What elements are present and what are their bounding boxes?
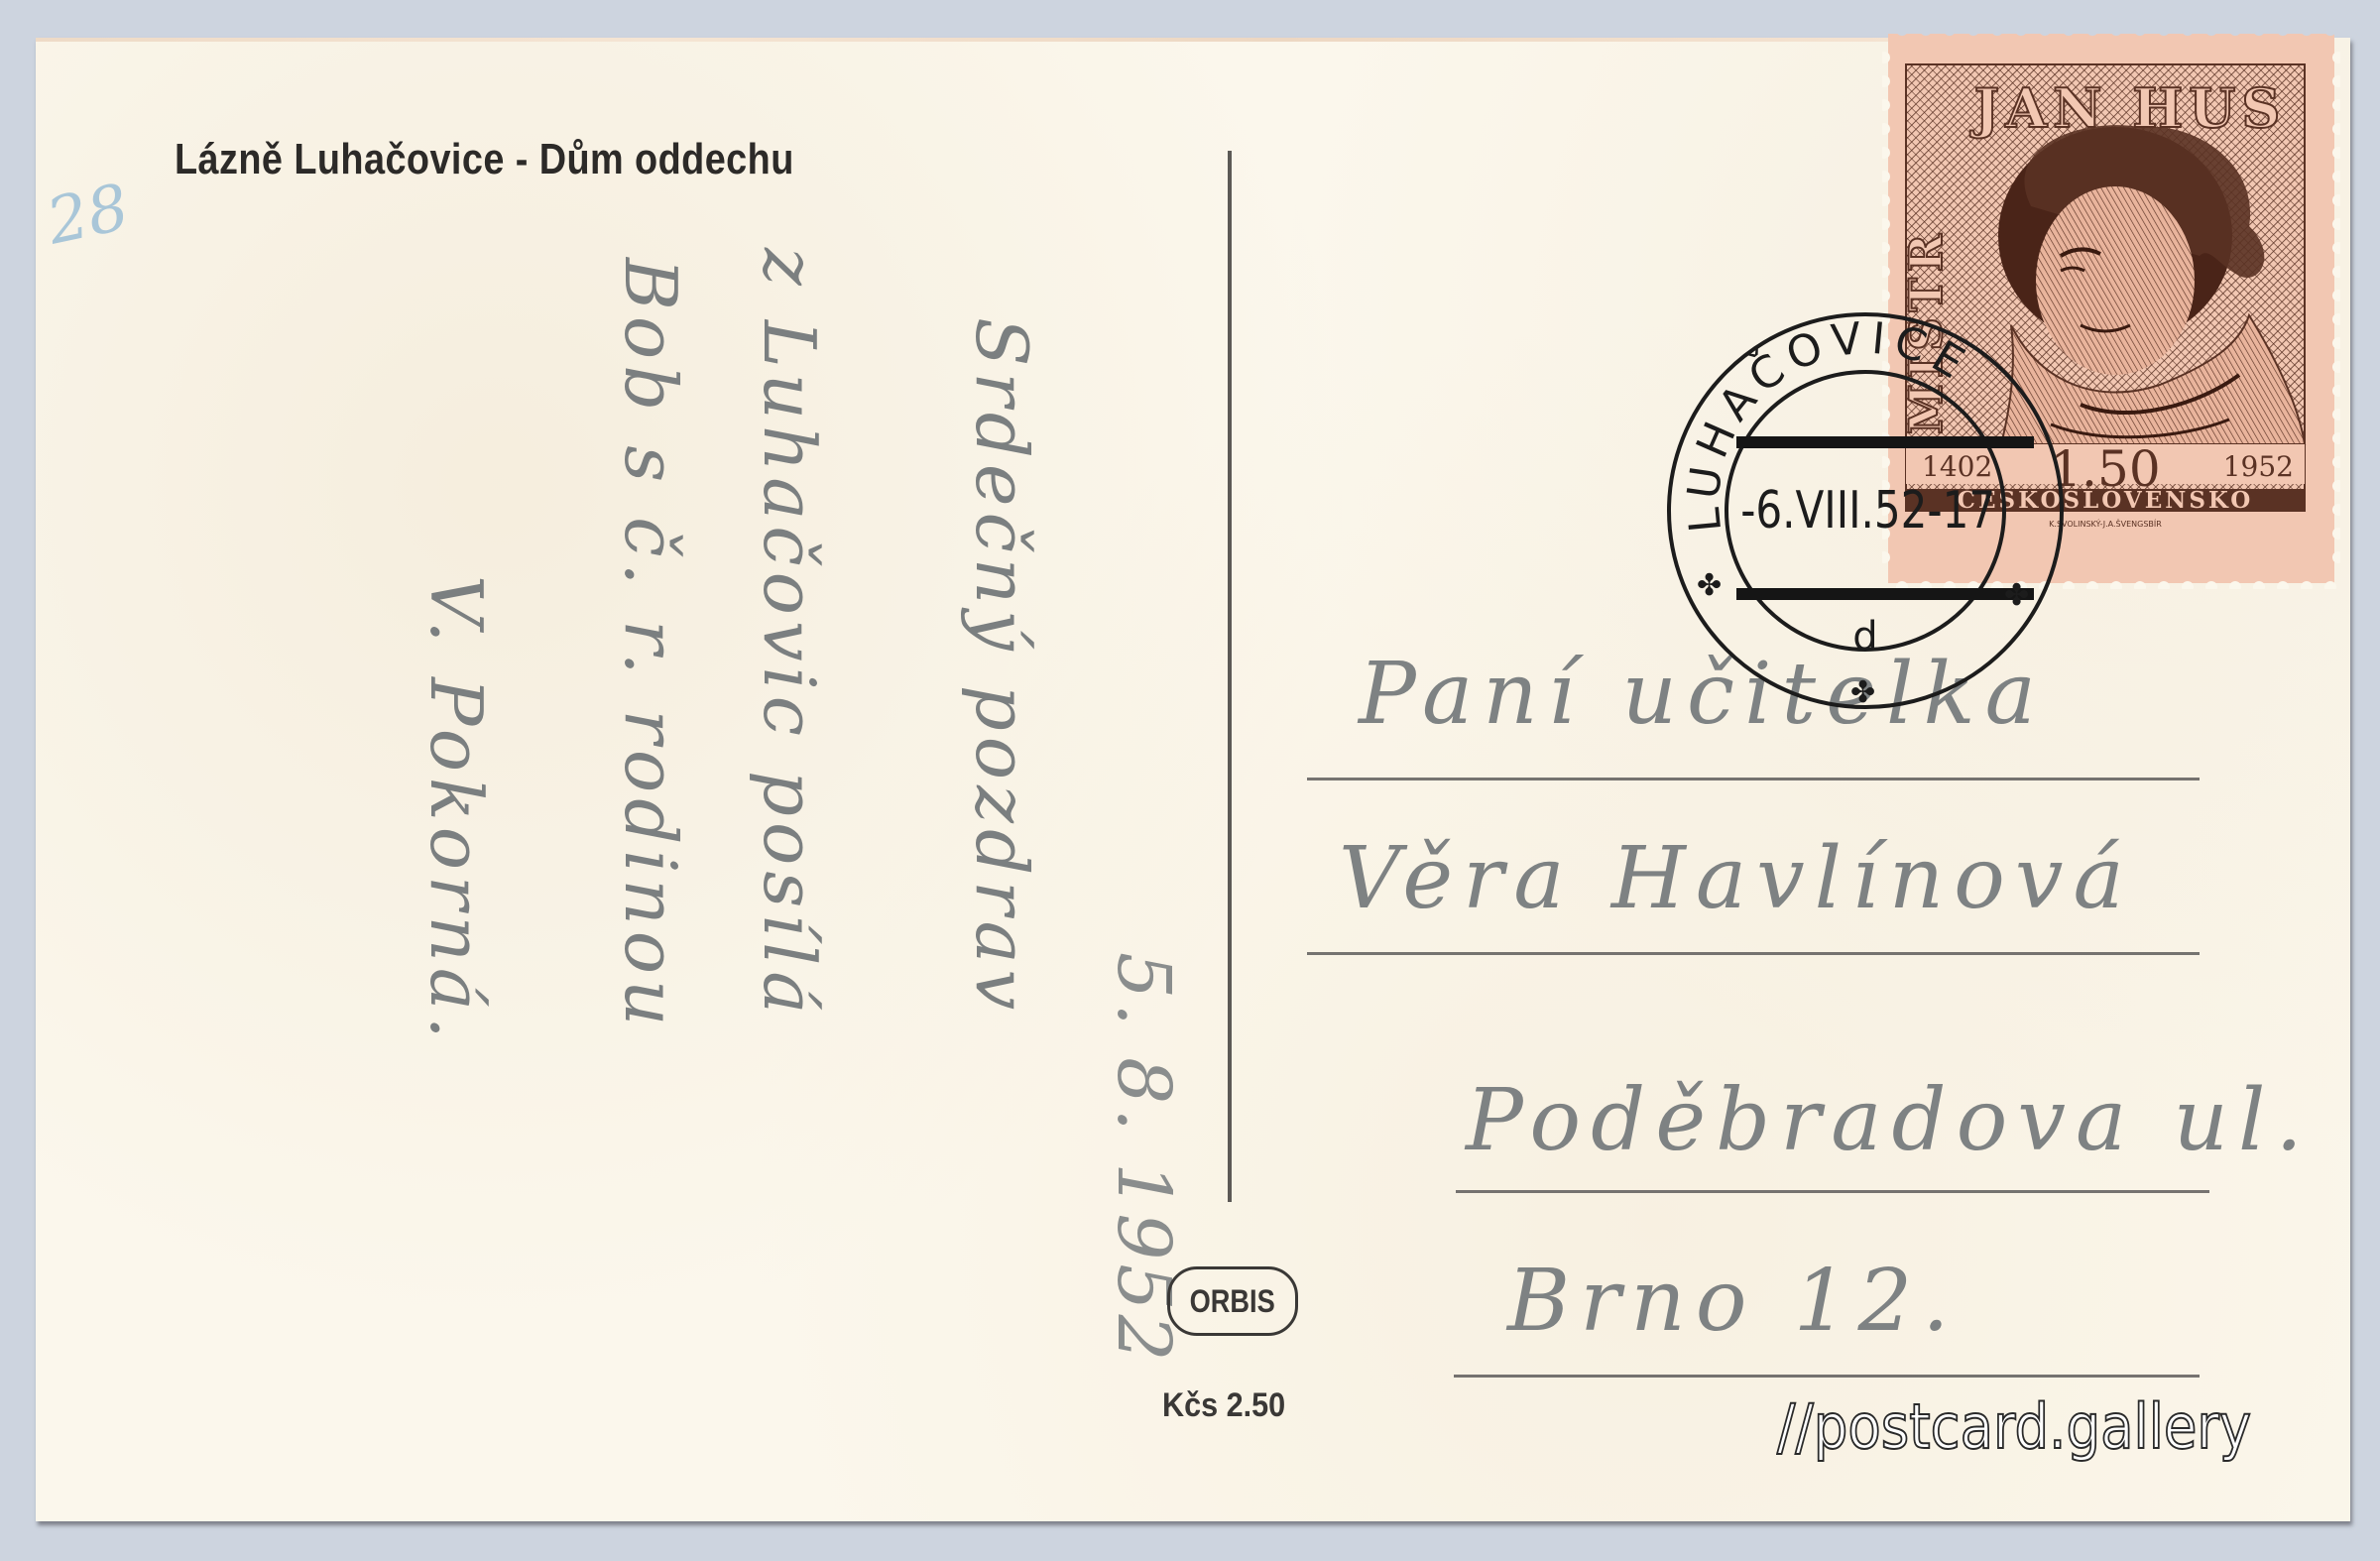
postcard-title: Lázně Luhačovice - Dům oddechu [175, 135, 794, 184]
svg-text:✤: ✤ [2004, 578, 2029, 613]
address-rule-3 [1456, 1190, 2209, 1193]
address-line-2: Věra Havlínová [1339, 829, 2134, 928]
message-line-1: Srdečný pozdrav [960, 317, 1043, 1016]
address-rule-2 [1307, 952, 2200, 955]
divider-line [1228, 151, 1232, 1202]
postmark-bar-top [1736, 436, 2034, 448]
postmark: LUHAČOVICE -6.VIII.52-17 d ✤ ✤ ✤ [1662, 307, 2069, 714]
address-rule-1 [1307, 778, 2200, 780]
publisher-logo-text: ORBIS [1190, 1283, 1275, 1320]
postmark-date: -6.VIII.52-17 [1740, 480, 1995, 540]
address-line-4: Brno 12. [1507, 1252, 1960, 1351]
svg-text:✤: ✤ [1850, 675, 1875, 710]
message-line-2: z Luhačovic posílá [748, 248, 831, 1020]
postmark-letter: d [1852, 614, 1877, 660]
address-line-3: Poděbradova ul. [1466, 1071, 2313, 1170]
stamp-year-right: 1952 [2223, 450, 2294, 483]
message-line-3: Bob s č. r. rodinou [609, 258, 692, 1031]
message-line-4: V. Pokorná. [415, 575, 498, 1045]
address-rule-4 [1454, 1375, 2200, 1378]
svg-text:✤: ✤ [1697, 568, 1722, 603]
postmark-bar-bottom [1736, 588, 2034, 600]
watermark: //postcard.gallery [1777, 1390, 2251, 1463]
stamp-title: JAN HUS [1970, 76, 2287, 140]
price-label: Kčs 2.50 [1162, 1386, 1285, 1425]
card-worn-edge [36, 38, 1890, 42]
publisher-logo: ORBIS [1167, 1266, 1298, 1336]
